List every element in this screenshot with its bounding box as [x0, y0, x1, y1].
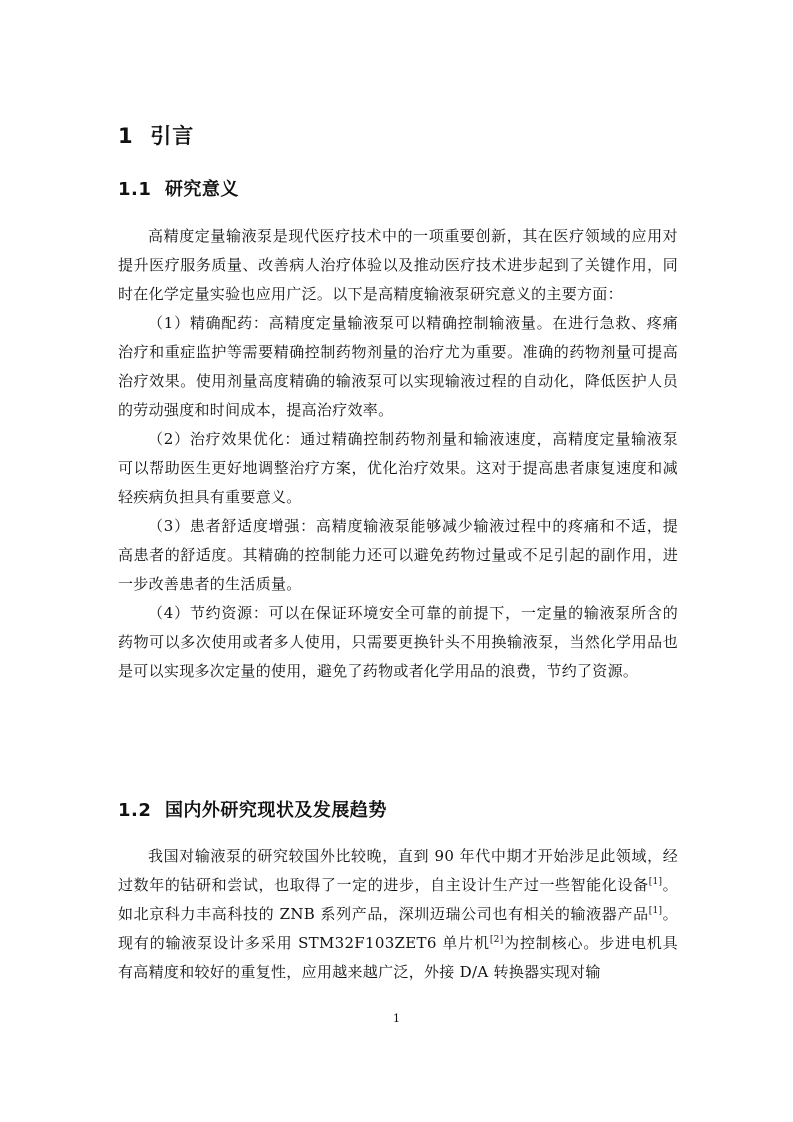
chapter-title: 引言	[150, 124, 194, 148]
document-page: 1 引言 1.1 研究意义 高精度定量输液泵是现代医疗技术中的一项重要创新，其在…	[0, 0, 793, 1122]
citation-ref: [1]	[649, 906, 663, 916]
section-number: 1.1	[118, 179, 151, 200]
page-number: 1	[0, 1012, 793, 1025]
section-heading-1-2: 1.2 国内外研究现状及发展趋势	[118, 796, 387, 822]
citation-ref: [1]	[649, 877, 663, 887]
section-1-2-body: 我国对输液泵的研究较国外比较晚，直到 90 年代中期才开始涉足此领域，经过数年的…	[118, 842, 678, 987]
chapter-number: 1	[118, 124, 134, 148]
paragraph-item-3: （3）患者舒适度增强：高精度输液泵能够减少输液过程中的疼痛和不适，提高患者的舒适…	[118, 512, 678, 599]
section-number: 1.2	[118, 800, 151, 821]
section-title: 研究意义	[165, 179, 239, 200]
paragraph-item-1: （1）精确配药：高精度定量输液泵可以精确控制输液量。在进行急救、疼痛治疗和重症监…	[118, 309, 678, 425]
paragraph-research-status: 我国对输液泵的研究较国外比较晚，直到 90 年代中期才开始涉足此领域，经过数年的…	[118, 842, 678, 987]
section-heading-1-1: 1.1 研究意义	[118, 175, 239, 201]
section-title: 国内外研究现状及发展趋势	[165, 800, 387, 821]
paragraph-intro: 高精度定量输液泵是现代医疗技术中的一项重要创新，其在医疗领域的应用对提升医疗服务…	[118, 222, 678, 309]
section-1-1-body: 高精度定量输液泵是现代医疗技术中的一项重要创新，其在医疗领域的应用对提升医疗服务…	[118, 222, 678, 686]
paragraph-item-2: （2）治疗效果优化：通过精确控制药物剂量和输液速度，高精度定量输液泵可以帮助医生…	[118, 425, 678, 512]
chapter-heading: 1 引言	[118, 120, 194, 150]
citation-ref: [2]	[490, 935, 504, 945]
text-run: 我国对输液泵的研究较国外比较晚，直到 90 年代中期才开始涉足此领域，经过数年的…	[118, 847, 678, 894]
paragraph-item-4: （4）节约资源：可以在保证环境安全可靠的前提下，一定量的输液泵所含的药物可以多次…	[118, 599, 678, 686]
